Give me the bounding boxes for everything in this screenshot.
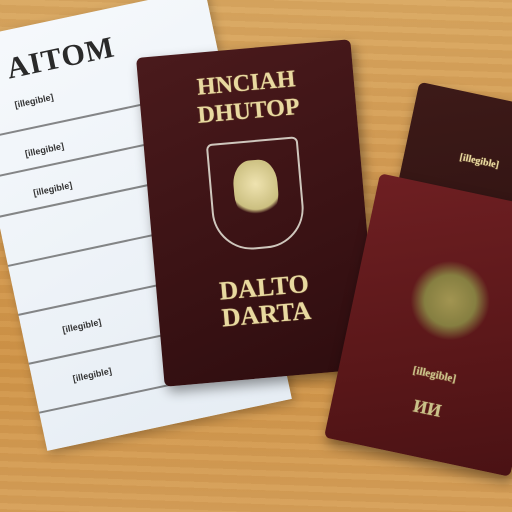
form-text: [illegible] <box>32 180 73 198</box>
emblem-frame <box>206 136 307 253</box>
document-title: AITOM <box>4 30 118 86</box>
form-text: [illegible] <box>24 141 65 159</box>
form-text: [illegible] <box>14 92 55 110</box>
form-text: [illegible] <box>72 366 113 384</box>
form-text: [illegible] <box>61 317 102 335</box>
passport-main: HNCIAH DHUTOP DALTO DARTA <box>136 39 379 386</box>
double-headed-eagle-icon <box>231 158 280 222</box>
coat-of-arms-icon <box>403 253 498 348</box>
passport-text: [illegible] <box>405 140 512 182</box>
